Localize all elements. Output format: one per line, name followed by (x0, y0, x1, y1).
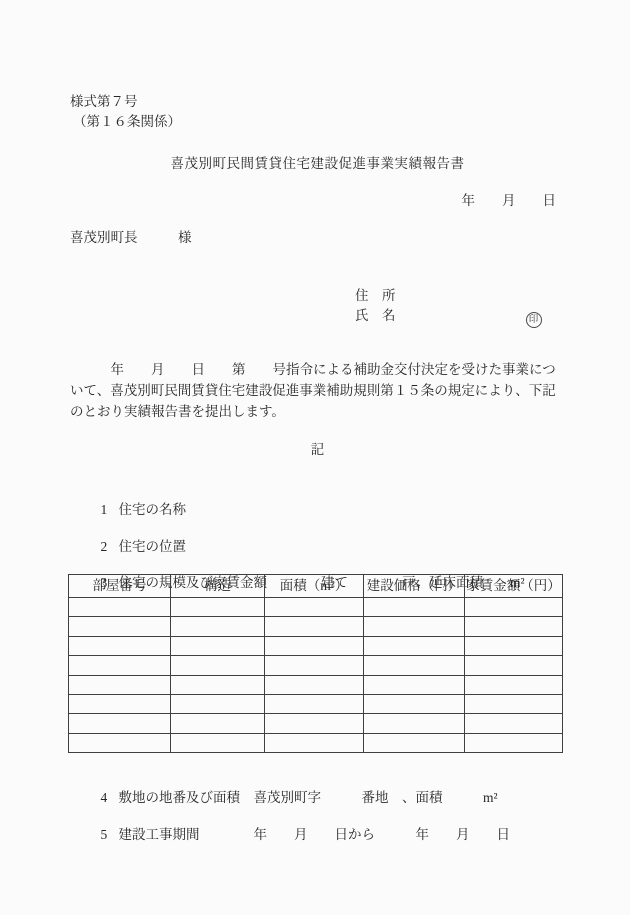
body-paragraph-line-2: いて、喜茂別町民間賃貸住宅建設促進事業補助規則第１５条の規定により、下記 (70, 380, 566, 401)
report-date-line: 年 月 日 (70, 191, 562, 211)
table-cell (171, 617, 265, 636)
table-cell (171, 598, 265, 617)
table-cell (265, 617, 364, 636)
table-cell (171, 636, 265, 655)
item-label: 住宅の位置 (119, 539, 187, 554)
table-cell (465, 636, 563, 655)
table-cell (171, 733, 265, 752)
table-row (69, 636, 563, 655)
table-cell (465, 598, 563, 617)
document-page: 様式第７号 （第１６条関係） 喜茂別町民間賃貸住宅建設促進事業実績報告書 年 月… (0, 0, 630, 915)
table-cell (265, 598, 364, 617)
table-cell (465, 733, 563, 752)
address-label: 住 所 (355, 288, 396, 303)
body-paragraph: 年 月 日 第 号指令による補助金交付決定を受けた事業につ いて、喜茂別町民間賃… (70, 359, 566, 422)
page-title: 喜茂別町民間賃貸住宅建設促進事業実績報告書 (70, 154, 565, 174)
table-cell (69, 636, 171, 655)
column-header-structure: 構造 (171, 575, 265, 598)
table-cell (69, 617, 171, 636)
table-row (69, 733, 563, 752)
table-cell (465, 617, 563, 636)
table-cell (465, 675, 563, 694)
column-header-construction-price: 建設価格（円） (364, 575, 465, 598)
table-cell (465, 656, 563, 675)
table-cell (265, 636, 364, 655)
table-cell (171, 694, 265, 713)
column-header-rent-amount: 家賃金額（円） (465, 575, 563, 598)
address-row: 住 所 (355, 286, 542, 306)
item-label: 住宅の名称 (119, 502, 187, 517)
item-label: 敷地の地番及び面積 喜茂別町字 番地 、面積 m² (119, 790, 498, 805)
table-cell (171, 656, 265, 675)
table-cell (69, 598, 171, 617)
table-cell (69, 714, 171, 733)
item-label: 建設工事期間 年 月 日から 年 月 日 (119, 827, 511, 842)
table-cell (364, 636, 465, 655)
table-cell (69, 656, 171, 675)
table-cell (364, 733, 465, 752)
table-row (69, 675, 563, 694)
seal-character: 印 (529, 315, 539, 325)
table-cell (69, 733, 171, 752)
body-paragraph-line-3: のとおり実績報告書を提出します。 (70, 401, 566, 422)
table-cell (364, 714, 465, 733)
table-cell (465, 714, 563, 733)
table-cell (265, 733, 364, 752)
table-cell (265, 656, 364, 675)
table-cell (265, 714, 364, 733)
room-table: 部屋番号 構造 面積（m²） 建設価格（円） 家賃金額（円） (68, 574, 563, 753)
table-cell (364, 656, 465, 675)
sender-block: 住 所 氏 名印 (355, 286, 542, 326)
table-cell (465, 694, 563, 713)
room-table-body (69, 598, 563, 753)
table-cell (265, 675, 364, 694)
body-paragraph-line-1: 年 月 日 第 号指令による補助金交付決定を受けた事業につ (70, 359, 566, 380)
record-heading: 記 (70, 440, 565, 460)
name-row: 氏 名印 (355, 306, 542, 326)
table-row (69, 656, 563, 675)
form-number: 様式第７号 (70, 92, 138, 112)
table-cell (69, 675, 171, 694)
table-cell (69, 694, 171, 713)
form-reference: （第１６条関係） (73, 112, 181, 132)
table-cell (364, 598, 465, 617)
table-cell (364, 617, 465, 636)
column-header-area: 面積（m²） (265, 575, 364, 598)
name-label: 氏 名 (355, 308, 396, 323)
table-cell (364, 694, 465, 713)
table-cell (364, 675, 465, 694)
seal-stamp-icon: 印 (526, 312, 542, 328)
addressee-line: 喜茂別町長 様 (70, 228, 192, 248)
table-cell (265, 694, 364, 713)
item-number: 5 (101, 825, 108, 845)
table-row (69, 714, 563, 733)
table-cell (171, 675, 265, 694)
table-cell (171, 714, 265, 733)
room-table-header-row: 部屋番号 構造 面積（m²） 建設価格（円） 家賃金額（円） (69, 575, 563, 598)
table-row (69, 694, 563, 713)
item-construction-period: 5建設工事期間 年 月 日から 年 月 日 (87, 805, 510, 865)
table-row (69, 598, 563, 617)
table-row (69, 617, 563, 636)
column-header-room-number: 部屋番号 (69, 575, 171, 598)
